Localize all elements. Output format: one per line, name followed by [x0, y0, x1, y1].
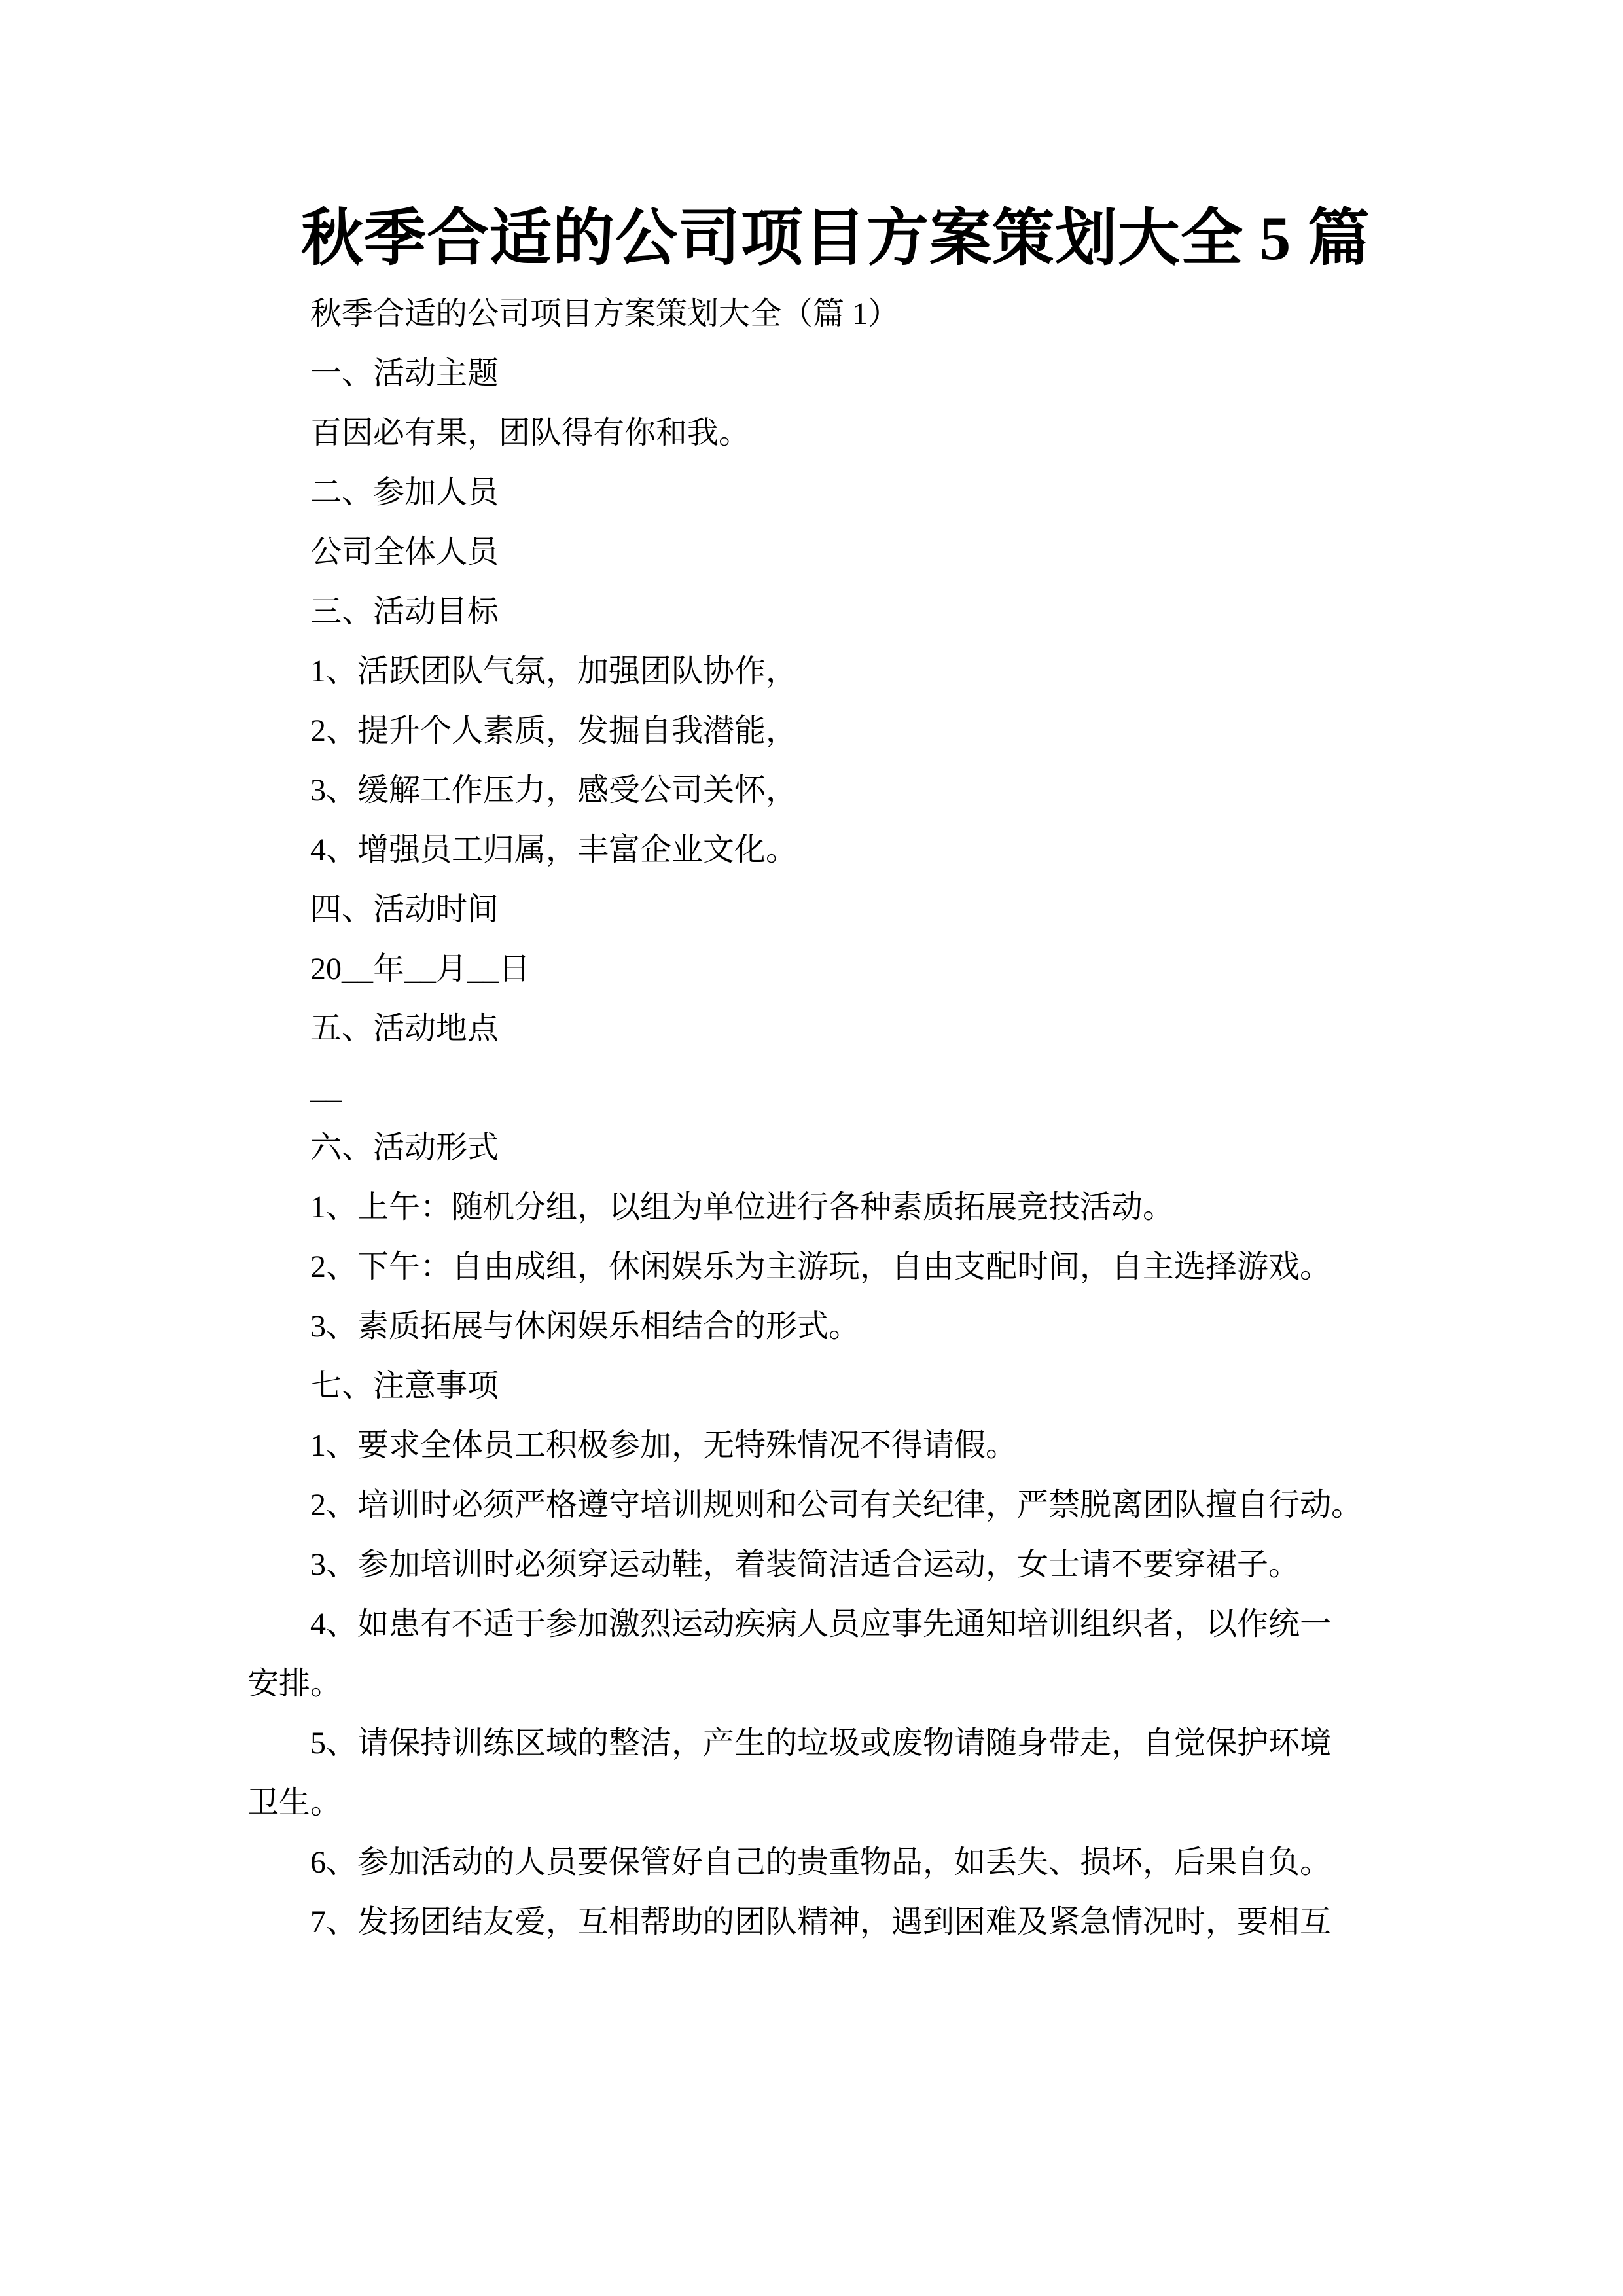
text-line: 4、如患有不适于参加激烈运动疾病人员应事先通知培训组织者，以作统一	[247, 1594, 1412, 1654]
text-line: 五、活动地点	[247, 999, 1412, 1058]
text-line: 4、增强员工归属，丰富企业文化。	[247, 820, 1412, 880]
text-line: 20__年__月__日	[247, 939, 1412, 999]
text-line: 1、活跃团队气氛，加强团队协作，	[247, 641, 1412, 701]
document-body: 秋季合适的公司项目方案策划大全（篇 1）一、活动主题百因必有果，团队得有你和我。…	[247, 284, 1412, 1952]
text-line: 5、请保持训练区域的整洁，产生的垃圾或废物请随身带走，自觉保护环境	[247, 1713, 1412, 1773]
text-line: 6、参加活动的人员要保管好自己的贵重物品，如丢失、损坏，后果自负。	[247, 1833, 1412, 1892]
document-title: 秋季合适的公司项目方案策划大全 5 篇	[301, 192, 1412, 284]
text-line: 三、活动目标	[247, 582, 1412, 641]
text-line: 安排。	[247, 1654, 1412, 1713]
document-page: 秋季合适的公司项目方案策划大全 5 篇 秋季合适的公司项目方案策划大全（篇 1）…	[0, 0, 1623, 2296]
text-line: 百因必有果，团队得有你和我。	[247, 403, 1412, 463]
text-line: 2、下午：自由成组，休闲娱乐为主游玩，自由支配时间，自主选择游戏。	[247, 1237, 1412, 1297]
text-line: 3、缓解工作压力，感受公司关怀，	[247, 761, 1412, 820]
text-line: __	[247, 1058, 1412, 1118]
text-line: 四、活动时间	[247, 880, 1412, 939]
text-line: 2、提升个人素质，发掘自我潜能，	[247, 701, 1412, 761]
text-line: 3、参加培训时必须穿运动鞋，着装简洁适合运动，女士请不要穿裙子。	[247, 1535, 1412, 1594]
text-line: 1、要求全体员工积极参加，无特殊情况不得请假。	[247, 1416, 1412, 1475]
text-line: 7、发扬团结友爱，互相帮助的团队精神，遇到困难及紧急情况时，要相互	[247, 1892, 1412, 1952]
text-line: 3、素质拓展与休闲娱乐相结合的形式。	[247, 1297, 1412, 1356]
text-line: 一、活动主题	[247, 344, 1412, 403]
text-line: 秋季合适的公司项目方案策划大全（篇 1）	[247, 284, 1412, 344]
text-line: 1、上午：随机分组，以组为单位进行各种素质拓展竞技活动。	[247, 1177, 1412, 1237]
text-line: 二、参加人员	[247, 463, 1412, 522]
text-line: 六、活动形式	[247, 1118, 1412, 1177]
text-line: 七、注意事项	[247, 1356, 1412, 1416]
text-line: 卫生。	[247, 1773, 1412, 1833]
text-line: 2、培训时必须严格遵守培训规则和公司有关纪律，严禁脱离团队擅自行动。	[247, 1475, 1412, 1535]
text-line: 公司全体人员	[247, 522, 1412, 582]
